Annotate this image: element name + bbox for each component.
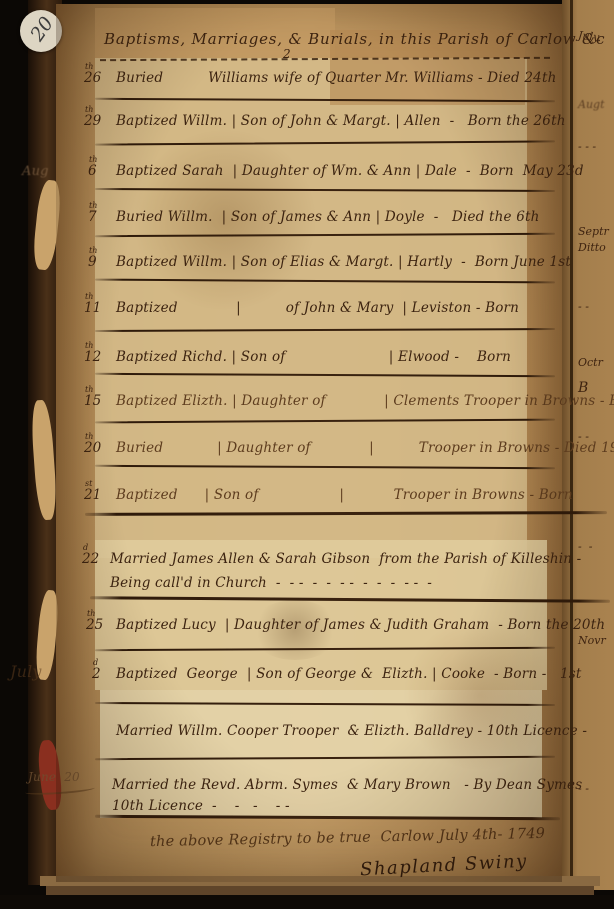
entry-day: th11 — [84, 300, 101, 316]
register-entry: Baptized | Son of | Trooper in Browns - … — [116, 487, 573, 503]
edge-mark: - - — [578, 540, 592, 553]
register-entry: Baptized Willm. | Son of Elias & Margt. … — [116, 254, 571, 270]
entry-day: th15 — [84, 393, 101, 409]
register-entry: Married the Revd. Abrm. Symes & Mary Bro… — [112, 777, 582, 793]
entry-day: th26 — [84, 70, 101, 86]
page-title: Baptisms, Marriages, & Burials, in this … — [104, 30, 605, 48]
edge-month-label: Novr — [578, 634, 606, 647]
sticker-number: 20 — [26, 13, 58, 45]
register-entry: Married James Allen & Sarah Gibson from … — [110, 551, 581, 567]
entry-day: th7 — [88, 209, 97, 225]
edge-month-label: Septr — [578, 225, 609, 238]
edge-mark: - - — [578, 300, 589, 313]
register-entry: 10th Licence - - - - - — [112, 798, 290, 814]
edge-label: Ditto — [578, 241, 606, 254]
register-entry: Baptized Richd. | Son of | Elwood - Born — [116, 349, 511, 365]
page-number-sticker: 20 — [20, 10, 62, 52]
register-entry: Baptized Sarah | Daughter of Wm. & Ann |… — [116, 163, 584, 179]
register-entry: Baptized Willm. | Son of John & Margt. |… — [116, 113, 566, 129]
edge-mark: - - — [578, 430, 589, 443]
bottom-shadow — [0, 895, 614, 909]
edge-month-label: Octr — [578, 356, 603, 369]
register-entry: Baptized George | Son of George & Elizth… — [116, 666, 582, 682]
entry-day: d22 — [82, 551, 99, 567]
margin-bottom-note: June 20 — [28, 770, 80, 784]
entry-day: th29 — [84, 113, 101, 129]
entry-day: th6 — [88, 163, 97, 179]
edge-month-label: Augt — [578, 98, 605, 111]
edge-mark: - - - — [578, 140, 596, 153]
page-block-edge — [40, 876, 600, 886]
entry-day: th12 — [84, 349, 101, 365]
edge-mark: - - — [578, 782, 589, 795]
register-page-scan: 20 Baptisms, Marriages, & Burials, in th… — [0, 0, 614, 909]
edge-month-label: July. — [577, 29, 601, 44]
register-entry: Buried Williams wife of Quarter Mr. Will… — [116, 70, 556, 86]
register-entry: Being call'd in Church - - - - - - - - -… — [110, 575, 432, 591]
entry-day: th20 — [84, 440, 101, 456]
page-block-edge — [46, 886, 594, 895]
register-entry: Baptized | of John & Mary | Leviston - B… — [116, 300, 519, 316]
entry-day: th25 — [86, 617, 103, 633]
register-entry: Buried Willm. | Son of James & Ann | Doy… — [116, 209, 540, 225]
register-entry: Married Willm. Cooper Trooper & Elizth. … — [116, 723, 587, 739]
entry-day: st21 — [84, 487, 101, 503]
entry-day: d2 — [92, 666, 101, 682]
edge-label: B — [578, 380, 588, 396]
entry-day: th9 — [88, 254, 97, 270]
margin-faint-note: Aug — [22, 164, 49, 179]
register-entry: Baptized Lucy | Daughter of James & Judi… — [116, 617, 605, 633]
water-stain — [400, 620, 560, 770]
register-entry: Baptized Elizth. | Daughter of | Clement… — [116, 393, 614, 409]
margin-month-label: July — [10, 662, 42, 681]
register-entry: Buried | Daughter of | Trooper in Browns… — [116, 440, 614, 456]
